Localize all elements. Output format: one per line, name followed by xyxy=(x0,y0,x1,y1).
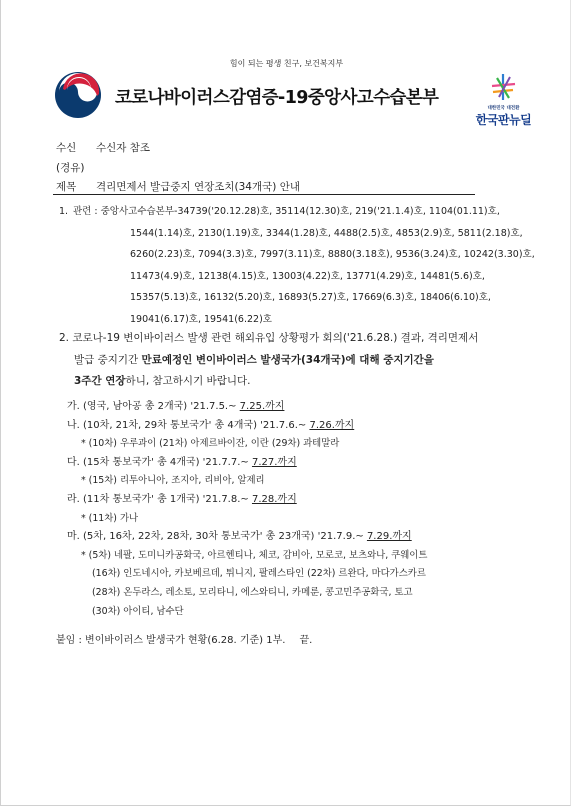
list-note: (28차) 온두라스, 레소토, 모리타니, 에스와티니, 카메룬, 콩고민주공… xyxy=(67,584,547,603)
reference-line: 11473(4.9)호, 12138(4.15)호, 13003(4.22)호,… xyxy=(59,266,559,288)
reference-line: 1544(1.14)호, 2130(1.19)호, 3344(1.28)호, 4… xyxy=(59,223,559,245)
korean-new-deal-logo: 대한민국 대전환 한국판뉴딜 xyxy=(466,70,541,126)
via-row: (경유) xyxy=(56,160,84,175)
new-deal-title: 한국판뉴딜 xyxy=(466,111,541,128)
list-note: * (10차) 우루과이 (21차) 아제르바이잔, 이란 (29차) 과테말라 xyxy=(67,435,547,454)
attachment-line: 붙임 : 변이바이러스 발생국가 현황(6.28. 기준) 1부.끝. xyxy=(56,631,312,646)
attachment-text: 붙임 : 변이바이러스 발생국가 현황(6.28. 기준) 1부. xyxy=(56,635,285,646)
section-1-references: 1. 관련 : 중앙사고수습본부-34739('20.12.28)호, 3511… xyxy=(59,201,559,330)
recipient-row: 수신수신자 참조 xyxy=(56,140,150,155)
recipient-value: 수신자 참조 xyxy=(96,142,150,154)
reference-line: 6260(2.23)호, 7094(3.3)호, 7997(3.11)호, 88… xyxy=(59,244,559,266)
section-2-line-3: 3주간 연장하니, 참고하시기 바랍니다. xyxy=(59,371,529,393)
reference-line: 관련 : 중앙사고수습본부-34739('20.12.28)호, 35114(1… xyxy=(59,201,559,223)
list-note: * (5차) 네팔, 도미니카공화국, 아르헨티나, 체코, 감비아, 모로코,… xyxy=(67,547,547,566)
subject-label: 제목 xyxy=(56,179,96,194)
list-note: (16차) 인도네시아, 카보베르데, 튀니지, 팔레스타인 (22차) 르완다… xyxy=(67,565,547,584)
subject-divider xyxy=(53,194,475,195)
reference-line: 19041(6.17)호, 19541(6.22)호 xyxy=(59,309,559,331)
list-note: * (11차) 가나 xyxy=(67,510,547,529)
reference-line: 15357(5.13)호, 16132(5.20)호, 16893(5.27)호… xyxy=(59,287,559,309)
list-item: 다. (15차 통보국가' 총 4개국) '21.7.7.~ 7.27.까지 xyxy=(67,454,547,473)
suspension-period-list: 가. (영국, 남아공 총 2개국) '21.7.5.~ 7.25.까지 나. … xyxy=(67,398,547,621)
end-mark: 끝. xyxy=(299,635,312,646)
list-item: 가. (영국, 남아공 총 2개국) '21.7.5.~ 7.25.까지 xyxy=(67,398,547,417)
list-item: 라. (11차 통보국가' 총 1개국) '21.7.8.~ 7.28.까지 xyxy=(67,491,547,510)
new-deal-spark-icon xyxy=(466,70,541,104)
recipient-label: 수신 xyxy=(56,140,96,155)
government-taegeuk-icon xyxy=(53,70,103,120)
list-item: 나. (10차, 21차, 29차 통보국가' 총 4개국) '21.7.6.~… xyxy=(67,417,547,436)
document-page: 힘이 되는 평생 친구, 보건복지부 코로나바이러스감염증-19중앙사고수습본부… xyxy=(0,0,571,806)
section-1-number: 1. xyxy=(59,201,68,223)
ministry-slogan: 힘이 되는 평생 친구, 보건복지부 xyxy=(1,58,571,69)
list-item: 마. (5차, 16차, 22차, 28차, 30차 통보국가' 총 23개국)… xyxy=(67,528,547,547)
subject-value: 격리면제서 발급중지 연장조치(34개국) 안내 xyxy=(96,181,300,193)
section-2-line-2: 발급 중지기간 만료예정인 변이바이러스 발생국가(34개국)에 대해 중지기간… xyxy=(59,350,529,372)
section-2-announcement: 2. 코로나-19 변이바이러스 발생 관련 해외유입 상황평가 회의('21.… xyxy=(59,328,529,393)
section-2-line-1: 2. 코로나-19 변이바이러스 발생 관련 해외유입 상황평가 회의('21.… xyxy=(59,328,529,350)
list-note: * (15차) 리투아니아, 조지아, 리비아, 알제리 xyxy=(67,472,547,491)
section-1-label: 관련 : xyxy=(73,206,98,217)
subject-row: 제목격리면제서 발급중지 연장조치(34개국) 안내 xyxy=(56,179,300,194)
org-title: 코로나바이러스감염증-19중앙사고수습본부 xyxy=(115,84,438,109)
list-note: (30차) 아이티, 남수단 xyxy=(67,603,547,622)
